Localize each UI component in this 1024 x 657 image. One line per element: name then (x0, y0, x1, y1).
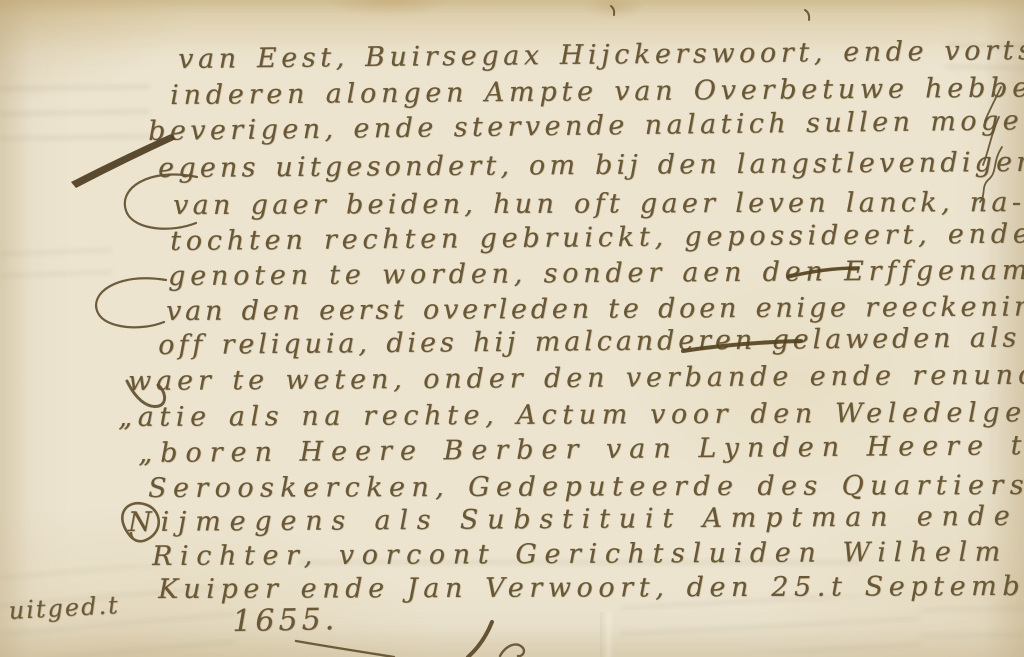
manuscript-line: off reliquia, dies hij malcanderen gelaw… (158, 322, 1020, 361)
manuscript-page: van Eest, Buirsegax Hijckerswoort, ende … (0, 0, 1024, 657)
manuscript-line: beverigen, ende stervende nalatich sulle… (148, 105, 1024, 147)
manuscript-line: Richter, vorcont Gerichtsluiden Wilhelm (152, 537, 1008, 572)
manuscript-line: waer te weten, onder den verbande ende r… (128, 359, 1024, 397)
manuscript-line: van Eest, Buirsegax Hijckerswoort, ende … (178, 35, 1024, 75)
manuscript-text-block: van Eest, Buirsegax Hijckerswoort, ende … (0, 0, 1024, 657)
manuscript-line: 1655. (232, 602, 338, 639)
margin-note: uitged.t (8, 591, 120, 625)
manuscript-line: „boren Heere Berber van Lynden Heere tot (138, 430, 1024, 469)
manuscript-line: inderen alongen Ampte van Overbetuwe heb… (170, 72, 1024, 111)
manuscript-line: Kuiper ende Jan Verwoort, den 25.t Septe… (158, 571, 1024, 605)
manuscript-line: tochten rechten gebruickt, gepossideert,… (170, 218, 1024, 257)
manuscript-line: genoten te worden, sonder aen den Erffge… (168, 255, 1024, 292)
manuscript-line: egens uitgesondert, om bij den langstlev… (158, 147, 1024, 184)
manuscript-line: van den eerst overleden te doen enige re… (166, 291, 1024, 327)
manuscript-line: „atie als na rechte, Actum voor den Wele… (118, 397, 1024, 433)
manuscript-line: Serooskercken, Gedeputeerde des Quartier… (148, 470, 1024, 504)
manuscript-line: Nijmegens als Substituit Amptman ende (128, 501, 1019, 538)
manuscript-line: van gaer beiden, hun oft gaer leven lanc… (173, 187, 1024, 221)
